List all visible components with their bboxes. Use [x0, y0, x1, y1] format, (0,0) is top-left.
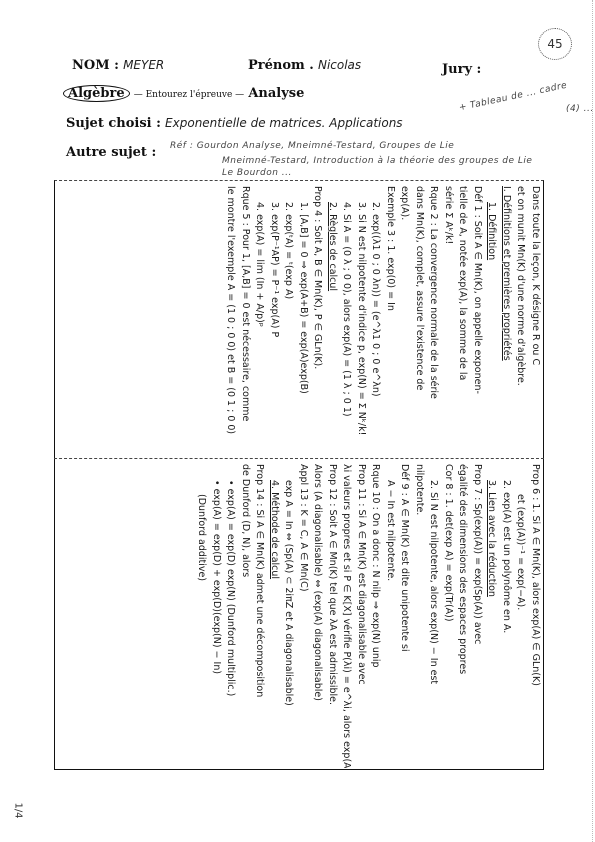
sujet-label: Sujet choisi :	[66, 116, 161, 131]
bottom-panel-line: λi valeurs propres et si P ∈ K[X] vérifi…	[339, 464, 354, 764]
prenom-field: Prénom . Nicolas	[248, 58, 361, 73]
bottom-panel-line: égalité des dimensions des espaces propr…	[455, 464, 470, 764]
top-panel-line: tielle de A, notée exp(A), la somme de l…	[455, 186, 470, 454]
bottom-panel-line: • exp(A) = exp(D) + exp(D)(exp(N) − In)	[209, 464, 224, 764]
bottom-panel-line: de Dunford (D, N), alors	[238, 464, 253, 764]
margin-note-2: (4) ...	[566, 104, 594, 114]
sujet-value: Exponentielle de matrices. Applications	[165, 116, 403, 130]
bottom-panel-line: Rque 10 : On a donc : N nilp ⇒ exp(N) un…	[368, 464, 383, 764]
margin-note-1: + Tableau de ... cadre	[458, 81, 568, 114]
top-panel-line: Déf 1 : Soit A ∈ Mn(K), on appelle expon…	[470, 186, 485, 454]
epreuve-instruction: — Entourez l'épreuve —	[134, 90, 244, 100]
bottom-panel-line: Prop 7 : Sp(exp(A)) = exp(Sp(A)) avec	[470, 464, 485, 764]
epreuve-algebre: Algèbre	[63, 85, 130, 102]
top-panel-line: Exemple 3 : 1. exp(0) = In	[383, 186, 398, 454]
jury-field: Jury :	[442, 62, 481, 77]
bottom-panel-line: Prop 14 : Si A ∈ Mn(K) admet une décompo…	[252, 464, 267, 764]
bottom-panel-line: 3. Lien avec la réduction	[484, 464, 499, 764]
top-panel-line: 1. Définition	[484, 186, 499, 454]
epreuve-selector: Algèbre — Entourez l'épreuve — Analyse	[63, 86, 304, 101]
top-panel-line: dans Mn(K), complet, assure l'existence …	[412, 186, 427, 454]
bottom-panel-line: Cor 8 : 1. det(exp A) = exp(Tr(A))	[441, 464, 456, 764]
bottom-panel-line: Appl 13 : K = C, A ∈ Mn(C)	[296, 464, 311, 764]
bottom-panel-line: Prop 12 : Soit A ∈ Mn(K) tel que λA est …	[325, 464, 340, 764]
page-counter: 1/4	[13, 802, 24, 818]
top-panel-line: série Σ Aᵏ/k!	[441, 186, 456, 454]
top-panel-line: 3. exp(P⁻¹AP) = P⁻¹ exp(A) P	[267, 186, 282, 454]
section-divider	[54, 458, 544, 459]
bottom-panel-line: • exp(A) = exp(D) exp(N) (Dunford multip…	[223, 464, 238, 764]
bottom-panel-line: (Dunford additive)	[194, 464, 209, 764]
top-panel-line: I. Définitions et premières propriétés	[499, 186, 514, 454]
top-panel: Dans toute la leçon, K désigne R ou Cet …	[56, 182, 542, 456]
bottom-panel-line: Prop 6 : 1. Si A ∈ Mn(K), alors exp(A) ∈…	[528, 464, 543, 764]
autre-line-2: Mneimné-Testard, Introduction à la théor…	[222, 156, 532, 166]
bottom-panel-line: 2. exp(A) est un polynôme en A.	[499, 464, 514, 764]
bottom-panel-line: Déf 9 : A ∈ Mn(K) est dite unipotente si	[397, 464, 412, 764]
sujet-choisi-field: Sujet choisi : Exponentielle de matrices…	[66, 116, 403, 131]
top-panel-line: 1. [A,B] = 0 ⇒ exp(A+B) = exp(A)exp(B)	[296, 186, 311, 454]
score-circle: 45	[538, 28, 572, 60]
top-panel-line: Rque 2 : La convergence normale de la sé…	[426, 186, 441, 454]
top-panel-line: 3. Si N est nilpotente d'indice p, exp(N…	[354, 186, 369, 454]
bottom-panel-line: Prop 11 : Si A ∈ Mn(K) est diagonalisabl…	[354, 464, 369, 764]
bottom-panel-line: nilpotente.	[412, 464, 427, 764]
bottom-panel-line: 2. Si N est nilpotente, alors exp(N) − I…	[426, 464, 441, 764]
bottom-panel-line: Alors (A diagonalisable) ⇔ (exp(A) diago…	[310, 464, 325, 764]
bottom-panel-line: exp A = In ⇔ (Sp(A) ⊂ 2iπZ et A diagonal…	[281, 464, 296, 764]
epreuve-analyse: Analyse	[248, 86, 304, 101]
prenom-label: Prénom .	[248, 58, 314, 73]
nom-value: MEYER	[123, 58, 164, 72]
bottom-panel-line: 4. Méthode de calcul	[267, 464, 282, 764]
top-panel-line: Prop 4 : Soit A, B ∈ Mn(K), P ∈ GLn(K).	[310, 186, 325, 454]
bottom-panel-text: Prop 6 : 1. Si A ∈ Mn(K), alors exp(A) ∈…	[194, 464, 542, 764]
top-panel-line: exp(A).	[397, 186, 412, 454]
bottom-panel: Prop 6 : 1. Si A ∈ Mn(K), alors exp(A) ∈…	[56, 460, 542, 768]
autre-label: Autre sujet :	[66, 145, 156, 160]
top-panel-text: Dans toute la leçon, K désigne R ou Cet …	[223, 186, 542, 454]
score-value: 45	[547, 37, 562, 51]
nom-label: NOM :	[72, 58, 119, 73]
jury-label: Jury :	[442, 62, 481, 77]
top-panel-line: 4. exp(A) = lim (In + A/p)ᵖ	[252, 186, 267, 454]
top-panel-line: et on munit Mn(K) d'une norme d'algèbre.	[513, 186, 528, 454]
bottom-panel-line: A − In est nilpotente.	[383, 464, 398, 764]
scan-edge	[592, 0, 594, 842]
top-panel-line: 4. Si A = (0 λ ; 0 0), alors exp(A) = (1…	[339, 186, 354, 454]
top-panel-line: le montre l'exemple A = (1 0 ; 0 0) et B…	[223, 186, 238, 454]
top-panel-line: Dans toute la leçon, K désigne R ou C	[528, 186, 543, 454]
top-panel-line: 2. exp((λ1 0 ; 0 λn)) = (e^λ1 0 ; 0 e^λn…	[368, 186, 383, 454]
top-panel-line: Rque 5 : Pour 1, [A,B] = 0 est nécessair…	[238, 186, 253, 454]
bottom-panel-line: et (exp(A))⁻¹ = exp(−A).	[513, 464, 528, 764]
top-panel-line: 2. exp(ᵗA) = ᵗ(exp A)	[281, 186, 296, 454]
autre-line-1: Réf : Gourdon Analyse, Mneimné-Testard, …	[170, 141, 454, 151]
top-panel-line: 2. Règles de calcul	[325, 186, 340, 454]
autre-sujet-field: Autre sujet :	[66, 145, 156, 160]
autre-line-3: Le Bourdon ...	[222, 168, 292, 178]
nom-field: NOM : MEYER	[72, 58, 164, 73]
prenom-value: Nicolas	[318, 58, 361, 72]
